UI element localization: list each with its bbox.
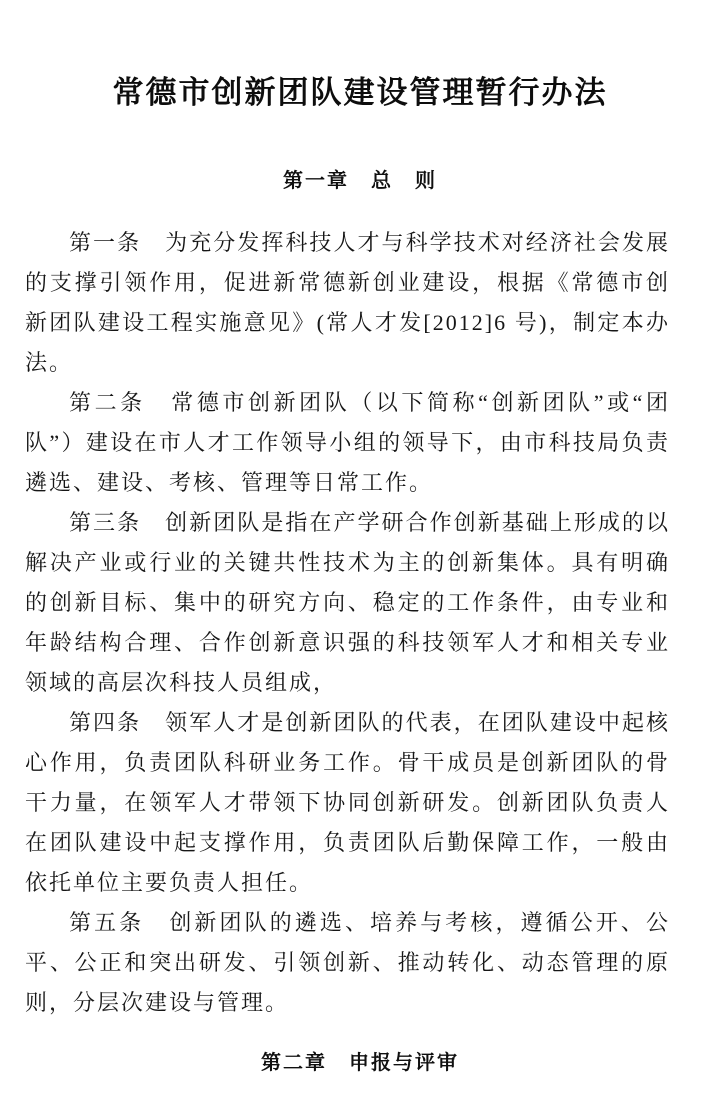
article-4-text: 第四条 领军人才是创新团队的代表，在团队建设中起核心作用，负责团队科研业务工作。… [25, 703, 670, 903]
document-title: 常德市创新团队建设管理暂行办法 [0, 0, 720, 114]
article-5-text: 第五条 创新团队的遴选、培养与考核，遵循公开、公平、公正和突出研发、引领创新、推… [25, 903, 670, 1023]
chapter-2-heading: 第二章 申报与评审 [0, 1049, 720, 1077]
chapter-1-heading: 第一章 总 则 [0, 167, 720, 195]
chapter-1-body: 第一条 为充分发挥科技人才与科学技术对经济社会发展的支撑引领作用，促进新常德新创… [25, 223, 670, 1023]
article-3-text: 第三条 创新团队是指在产学研合作创新基础上形成的以解决产业或行业的关键共性技术为… [25, 503, 670, 703]
article-1-text: 第一条 为充分发挥科技人才与科学技术对经济社会发展的支撑引领作用，促进新常德新创… [25, 223, 670, 383]
document-page: 常德市创新团队建设管理暂行办法 第一章 总 则 第一条 为充分发挥科技人才与科学… [0, 0, 720, 1112]
article-2-text: 第二条 常德市创新团队（以下简称“创新团队”或“团队”）建设在市人才工作领导小组… [25, 383, 670, 503]
